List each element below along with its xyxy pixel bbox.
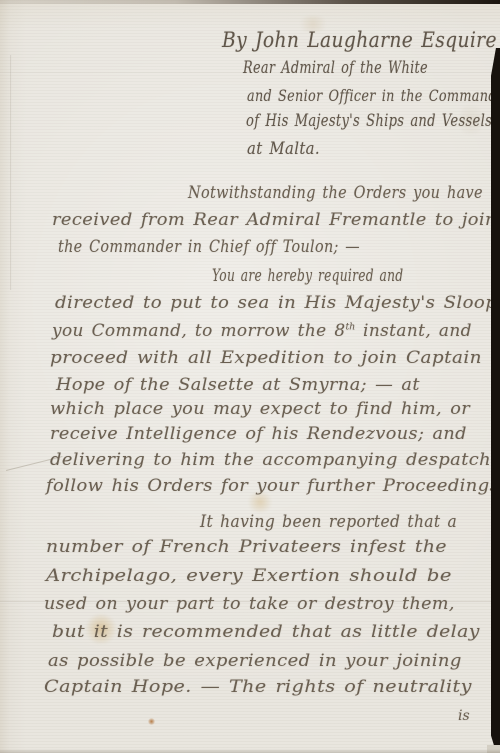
- manuscript-line: Hope of the Salsette at Smyrna; — at: [56, 376, 420, 396]
- manuscript-line: Notwithstanding the Orders you have: [188, 184, 483, 204]
- manuscript-line: By John Laugharne Esquire: [222, 28, 497, 52]
- catchword: is: [458, 708, 470, 724]
- manuscript-line: proceed with all Expedition to join Capt…: [50, 349, 482, 369]
- manuscript-line: at Malta.: [247, 140, 320, 160]
- manuscript-line: Captain Hope. — The rights of neutrality: [44, 678, 472, 698]
- paper-crease-vertical: [10, 55, 12, 290]
- scan-edge-top: [0, 0, 500, 4]
- manuscript-line: number of French Privateers infest the: [46, 538, 447, 558]
- manuscript-line: of His Majesty's Ships and Vessels: [246, 112, 492, 132]
- manuscript-line: which place you may expect to find him, …: [50, 400, 470, 420]
- manuscript-line: follow his Orders for your further Proce…: [46, 477, 499, 497]
- manuscript-line: Archipelago, every Exertion should be: [46, 567, 452, 587]
- manuscript-line: You are hereby required and: [212, 267, 403, 287]
- manuscript-line: and Senior Officer in the Command: [247, 87, 497, 105]
- scanned-manuscript-page: By John Laugharne EsquireRear Admiral of…: [0, 0, 500, 753]
- ink-fleck: [148, 718, 155, 725]
- manuscript-line: as possible be experienced in your joini…: [48, 652, 462, 672]
- manuscript-line: delivering to him the accompanying despa…: [50, 451, 497, 471]
- manuscript-line: you Command, to morrow the 8th instant, …: [52, 322, 472, 342]
- scan-edge-bottom: [0, 749, 500, 753]
- manuscript-line: It having been reported that a: [200, 513, 457, 533]
- scan-edge-right: [491, 48, 500, 746]
- manuscript-line: Rear Admiral of the White: [243, 59, 428, 79]
- manuscript-line: received from Rear Admiral Fremantle to …: [52, 211, 497, 231]
- manuscript-line: used on your part to take or destroy the…: [44, 595, 455, 615]
- manuscript-line: directed to put to sea in His Majesty's …: [55, 294, 497, 314]
- manuscript-line: receive Intelligence of his Rendezvous; …: [50, 425, 467, 445]
- manuscript-line: the Commander in Chief off Toulon; —: [58, 238, 360, 258]
- manuscript-line: but it is recommended that as little del…: [52, 623, 480, 643]
